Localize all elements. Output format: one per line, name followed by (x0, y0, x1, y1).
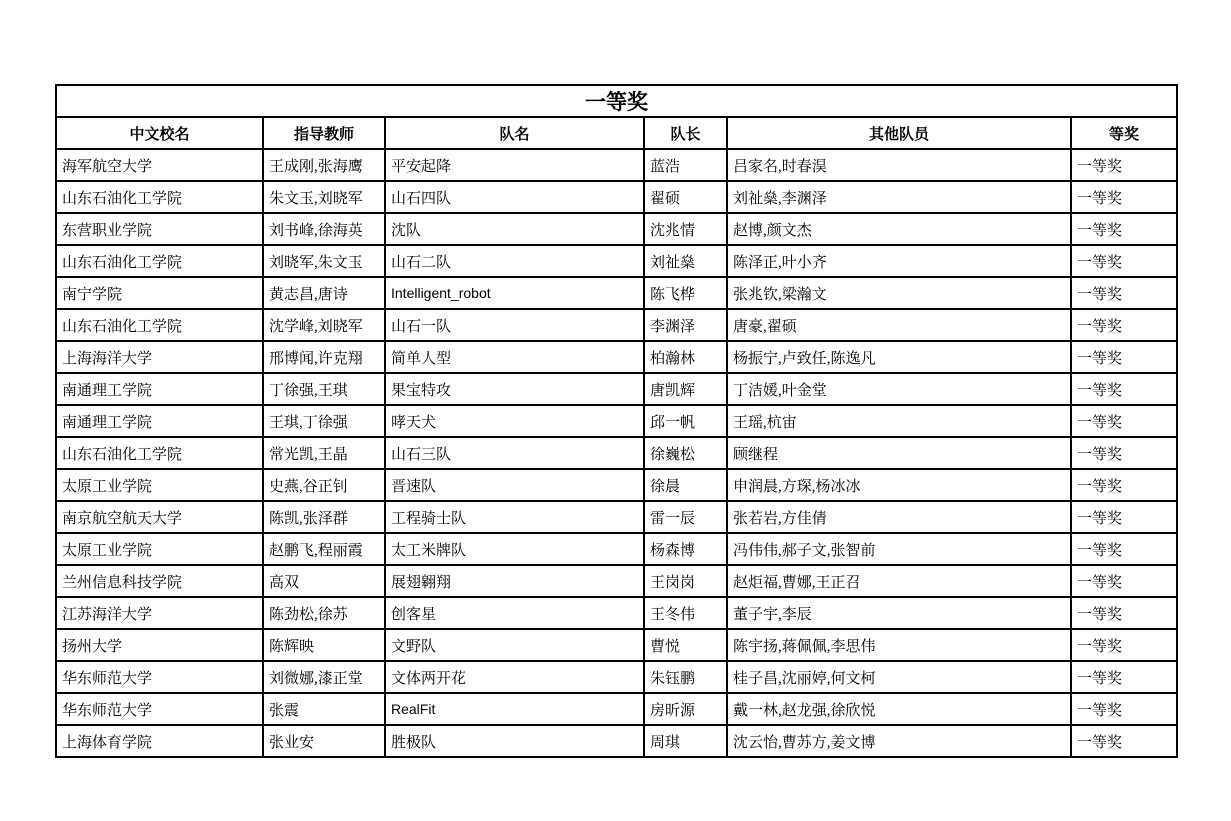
table-cell: 文野队 (385, 629, 644, 661)
table-cell: 平安起降 (385, 149, 644, 181)
table-row: 南宁学院黄志昌,唐诗Intelligent_robot陈飞桦张兆钦,梁瀚文一等奖 (56, 277, 1177, 309)
table-cell: 张业安 (263, 725, 385, 757)
table-cell: 南京航空航天大学 (56, 501, 263, 533)
table-cell: 一等奖 (1071, 181, 1177, 213)
table-cell: 太工米牌队 (385, 533, 644, 565)
table-cell: 沈学峰,刘晓军 (263, 309, 385, 341)
table-cell: 沈队 (385, 213, 644, 245)
table-row: 南通理工学院丁徐强,王琪果宝特攻唐凯辉丁洁媛,叶金堂一等奖 (56, 373, 1177, 405)
table-row: 南通理工学院王琪,丁徐强哮天犬邱一帆王瑶,杭宙一等奖 (56, 405, 1177, 437)
table-row: 江苏海洋大学陈劲松,徐苏创客星王冬伟董子宇,李辰一等奖 (56, 597, 1177, 629)
table-row: 山东石油化工学院常光凯,王晶山石三队徐巍松顾继程一等奖 (56, 437, 1177, 469)
table-cell: 申润晨,方琛,杨冰冰 (727, 469, 1071, 501)
table-cell: 翟硕 (644, 181, 727, 213)
table-cell: 赵鹏飞,程丽霞 (263, 533, 385, 565)
table-cell: 董子宇,李辰 (727, 597, 1071, 629)
table-cell: 徐巍松 (644, 437, 727, 469)
table-row: 华东师范大学刘微娜,漆正堂文体两开花朱钰鹏桂子昌,沈丽婷,何文柯一等奖 (56, 661, 1177, 693)
table-cell: 山东石油化工学院 (56, 309, 263, 341)
table-cell: 一等奖 (1071, 693, 1177, 725)
table-cell: 果宝特攻 (385, 373, 644, 405)
table-cell: 刘祉燊 (644, 245, 727, 277)
table-cell: 高双 (263, 565, 385, 597)
table-cell: 工程骑士队 (385, 501, 644, 533)
table-row: 太原工业学院赵鹏飞,程丽霞太工米牌队杨森博冯伟伟,郝子文,张智前一等奖 (56, 533, 1177, 565)
table-cell: 王冬伟 (644, 597, 727, 629)
table-cell: 史燕,谷正钊 (263, 469, 385, 501)
table-cell: 陈飞桦 (644, 277, 727, 309)
column-header-1: 中文校名 (56, 117, 263, 149)
column-header-5: 其他队员 (727, 117, 1071, 149)
table-title: 一等奖 (56, 85, 1177, 117)
table-cell: 晋速队 (385, 469, 644, 501)
table-cell: 上海体育学院 (56, 725, 263, 757)
table-row: 华东师范大学张震RealFit房昕源戴一林,赵龙强,徐欣悦一等奖 (56, 693, 1177, 725)
table-cell: 展翅翱翔 (385, 565, 644, 597)
table-cell: 蓝浩 (644, 149, 727, 181)
table-cell: 黄志昌,唐诗 (263, 277, 385, 309)
table-cell: 张兆钦,梁瀚文 (727, 277, 1071, 309)
table-cell: 华东师范大学 (56, 693, 263, 725)
table-cell: 徐晨 (644, 469, 727, 501)
table-row: 上海体育学院张业安胜极队周琪沈云怡,曹苏方,姜文博一等奖 (56, 725, 1177, 757)
table-cell: 山石二队 (385, 245, 644, 277)
table-row: 山东石油化工学院刘晓军,朱文玉山石二队刘祉燊陈泽正,叶小齐一等奖 (56, 245, 1177, 277)
table-cell: 太原工业学院 (56, 533, 263, 565)
header-row: 中文校名指导教师队名队长其他队员等奖 (56, 117, 1177, 149)
table-cell: 曹悦 (644, 629, 727, 661)
table-cell: 一等奖 (1071, 373, 1177, 405)
table-cell: 雷一辰 (644, 501, 727, 533)
table-cell: 杨森博 (644, 533, 727, 565)
table-cell: 一等奖 (1071, 213, 1177, 245)
table-cell: 一等奖 (1071, 437, 1177, 469)
table-cell: 周琪 (644, 725, 727, 757)
table-row: 扬州大学陈辉映文野队曹悦陈宇扬,蒋佩佩,李思伟一等奖 (56, 629, 1177, 661)
table-cell: 一等奖 (1071, 629, 1177, 661)
table-cell: 丁徐强,王琪 (263, 373, 385, 405)
column-header-4: 队长 (644, 117, 727, 149)
table-cell: 刘祉燊,李渊泽 (727, 181, 1071, 213)
table-cell: 东营职业学院 (56, 213, 263, 245)
table-cell: 一等奖 (1071, 149, 1177, 181)
table-cell: 刘微娜,漆正堂 (263, 661, 385, 693)
table-cell: 一等奖 (1071, 533, 1177, 565)
table-cell: 常光凯,王晶 (263, 437, 385, 469)
table-cell: 朱文玉,刘晓军 (263, 181, 385, 213)
table-cell: 一等奖 (1071, 405, 1177, 437)
table-cell: 南宁学院 (56, 277, 263, 309)
table-row: 山东石油化工学院沈学峰,刘晓军山石一队李渊泽唐豪,翟硕一等奖 (56, 309, 1177, 341)
table-cell: 山东石油化工学院 (56, 245, 263, 277)
table-cell: 兰州信息科技学院 (56, 565, 263, 597)
table-cell: 陈泽正,叶小齐 (727, 245, 1071, 277)
column-header-2: 指导教师 (263, 117, 385, 149)
award-table: 一等奖 中文校名指导教师队名队长其他队员等奖 海军航空大学王成刚,张海鹰平安起降… (55, 84, 1178, 758)
table-cell: Intelligent_robot (385, 277, 644, 309)
table-cell: 赵炬福,曹娜,王正召 (727, 565, 1071, 597)
table-cell: 山东石油化工学院 (56, 437, 263, 469)
table-cell: 华东师范大学 (56, 661, 263, 693)
table-cell: 海军航空大学 (56, 149, 263, 181)
table-cell: 南通理工学院 (56, 405, 263, 437)
table-cell: 王琪,丁徐强 (263, 405, 385, 437)
table-cell: 扬州大学 (56, 629, 263, 661)
table-cell: 刘晓军,朱文玉 (263, 245, 385, 277)
table-cell: 唐豪,翟硕 (727, 309, 1071, 341)
table-cell: 陈劲松,徐苏 (263, 597, 385, 629)
table-cell: 吕家名,时春淏 (727, 149, 1071, 181)
table-cell: 山石三队 (385, 437, 644, 469)
table-cell: 一等奖 (1071, 469, 1177, 501)
table-cell: RealFit (385, 693, 644, 725)
table-cell: 陈辉映 (263, 629, 385, 661)
table-cell: 王成刚,张海鹰 (263, 149, 385, 181)
table-cell: 杨振宁,卢致任,陈逸凡 (727, 341, 1071, 373)
table-cell: 山石一队 (385, 309, 644, 341)
table-cell: 山石四队 (385, 181, 644, 213)
table-cell: 顾继程 (727, 437, 1071, 469)
table-row: 兰州信息科技学院高双展翅翱翔王岗岗赵炬福,曹娜,王正召一等奖 (56, 565, 1177, 597)
table-cell: 山东石油化工学院 (56, 181, 263, 213)
table-cell: 文体两开花 (385, 661, 644, 693)
table-cell: 房昕源 (644, 693, 727, 725)
table-row: 南京航空航天大学陈凯,张泽群工程骑士队雷一辰张若岩,方佳倩一等奖 (56, 501, 1177, 533)
table-row: 太原工业学院史燕,谷正钊晋速队徐晨申润晨,方琛,杨冰冰一等奖 (56, 469, 1177, 501)
table-cell: 哮天犬 (385, 405, 644, 437)
table-cell: 太原工业学院 (56, 469, 263, 501)
table-cell: 一等奖 (1071, 661, 1177, 693)
table-cell: 南通理工学院 (56, 373, 263, 405)
table-cell: 刘书峰,徐海英 (263, 213, 385, 245)
table-cell: 上海海洋大学 (56, 341, 263, 373)
table-cell: 李渊泽 (644, 309, 727, 341)
table-cell: 一等奖 (1071, 565, 1177, 597)
table-cell: 简单人型 (385, 341, 644, 373)
table-cell: 张若岩,方佳倩 (727, 501, 1071, 533)
table-cell: 陈宇扬,蒋佩佩,李思伟 (727, 629, 1071, 661)
table-cell: 唐凯辉 (644, 373, 727, 405)
table-cell: 一等奖 (1071, 725, 1177, 757)
table-cell: 王瑶,杭宙 (727, 405, 1071, 437)
title-row: 一等奖 (56, 85, 1177, 117)
table-cell: 一等奖 (1071, 597, 1177, 629)
table-cell: 胜极队 (385, 725, 644, 757)
table-cell: 朱钰鹏 (644, 661, 727, 693)
table-cell: 丁洁媛,叶金堂 (727, 373, 1071, 405)
table-cell: 创客星 (385, 597, 644, 629)
page: { "page": { "background": "#ffffff", "bo… (0, 0, 1231, 821)
table-cell: 一等奖 (1071, 309, 1177, 341)
table-row: 山东石油化工学院朱文玉,刘晓军山石四队翟硕刘祉燊,李渊泽一等奖 (56, 181, 1177, 213)
table-cell: 一等奖 (1071, 501, 1177, 533)
table-cell: 沈兆情 (644, 213, 727, 245)
table-cell: 邱一帆 (644, 405, 727, 437)
table-cell: 桂子昌,沈丽婷,何文柯 (727, 661, 1071, 693)
table-cell: 戴一林,赵龙强,徐欣悦 (727, 693, 1071, 725)
table-cell: 沈云怡,曹苏方,姜文博 (727, 725, 1071, 757)
table-cell: 一等奖 (1071, 277, 1177, 309)
table-row: 上海海洋大学邢博闻,许克翔简单人型柏瀚林杨振宁,卢致任,陈逸凡一等奖 (56, 341, 1177, 373)
table-cell: 陈凯,张泽群 (263, 501, 385, 533)
table-row: 海军航空大学王成刚,张海鹰平安起降蓝浩吕家名,时春淏一等奖 (56, 149, 1177, 181)
table-cell: 邢博闻,许克翔 (263, 341, 385, 373)
table-cell: 一等奖 (1071, 245, 1177, 277)
table-cell: 赵博,颜文杰 (727, 213, 1071, 245)
table-cell: 张震 (263, 693, 385, 725)
table-cell: 一等奖 (1071, 341, 1177, 373)
column-header-6: 等奖 (1071, 117, 1177, 149)
table-cell: 柏瀚林 (644, 341, 727, 373)
table-cell: 王岗岗 (644, 565, 727, 597)
table-row: 东营职业学院刘书峰,徐海英沈队沈兆情赵博,颜文杰一等奖 (56, 213, 1177, 245)
table-cell: 冯伟伟,郝子文,张智前 (727, 533, 1071, 565)
column-header-3: 队名 (385, 117, 644, 149)
table-cell: 江苏海洋大学 (56, 597, 263, 629)
